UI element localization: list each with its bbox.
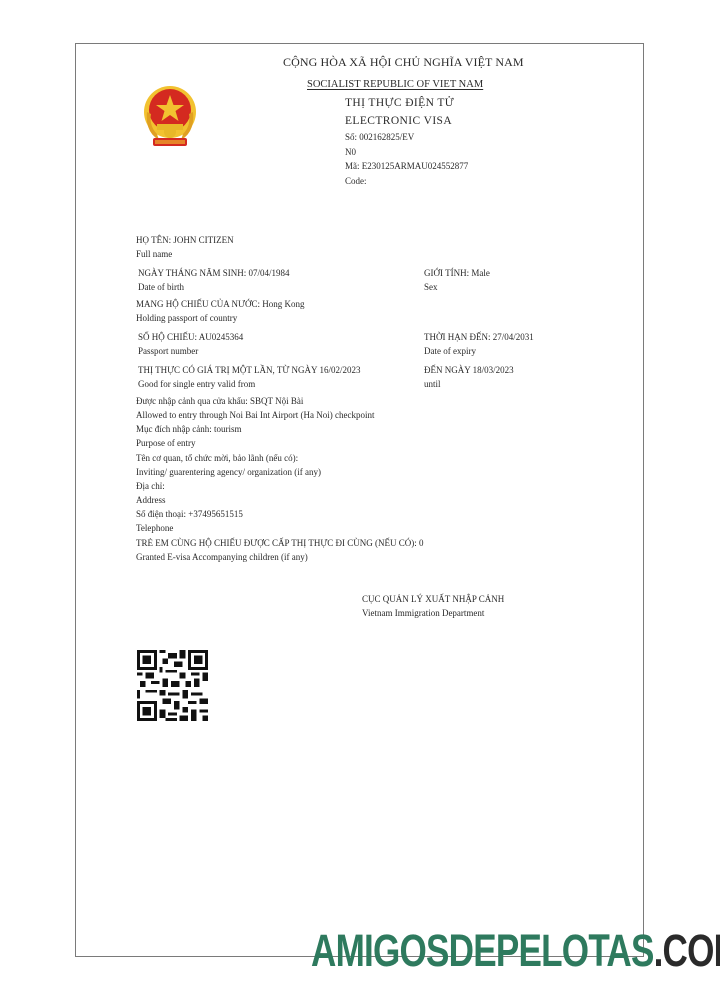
passport-country-label: Holding passport of country [136,313,237,324]
purpose-value: Mục đích nhập cảnh: tourism [136,424,241,435]
checkpoint-label: Allowed to entry through Noi Bai Int Air… [136,410,374,421]
full-name-label: Full name [136,249,172,260]
passport-number-value: SỐ HỘ CHIẾU: AU0245364 [138,332,243,343]
date-of-birth-value: NGÀY THÁNG NĂM SINH: 07/04/1984 [138,268,290,279]
date-of-birth-label: Date of birth [138,282,184,293]
sex-value: GIỚI TÍNH: Male [424,268,490,279]
agency-label: Inviting/ guarentering agency/ organizat… [136,467,321,478]
watermark-main-text: AMIGOSDEPELOTAS [311,925,654,976]
issuer-name-vn: CỤC QUẢN LÝ XUẤT NHẬP CẢNH [362,594,504,605]
visa-code: Mã: E230125ARMAU024552877 [345,161,468,172]
passport-country-value: MANG HỘ CHIẾU CỦA NƯỚC: Hong Kong [136,299,305,310]
telephone-value: Số điện thoại: +37495651515 [136,509,243,520]
country-name-vn: CỘNG HÒA XÃ HỘI CHỦ NGHĨA VIỆT NAM [283,57,524,68]
children-label: Granted E-visa Accompanying children (if… [136,552,308,563]
passport-expiry-value: THỜI HẠN ĐẾN: 27/04/2031 [424,332,534,343]
visa-code-label-en: Code: [345,176,367,187]
valid-until-label: until [424,379,441,390]
address-label: Address [136,495,166,506]
valid-from-value: THỊ THỰC CÓ GIÁ TRỊ MỘT LẦN, TỪ NGÀY 16/… [138,365,360,376]
full-name-value: HỌ TÊN: JOHN CITIZEN [136,235,234,246]
national-emblem-icon [137,82,203,152]
visa-number-label-en: N0 [345,147,356,158]
children-value: TRẺ EM CÙNG HỘ CHIẾU ĐƯỢC CẤP THỊ THỰC Đ… [136,538,424,549]
visa-number: Số: 002162825/EV [345,132,414,143]
telephone-label: Telephone [136,523,173,534]
passport-number-label: Passport number [138,346,198,357]
agency-value: Tên cơ quan, tổ chức mời, bảo lãnh (nếu … [136,453,298,464]
qr-code-icon [136,650,209,721]
website-watermark: AMIGOSDEPELOTAS.COM [311,923,720,978]
passport-expiry-label: Date of expiry [424,346,476,357]
address-value: Địa chỉ: [136,481,165,492]
visa-title-vn: THỊ THỰC ĐIỆN TỬ [345,98,454,109]
issuer-name-en: Vietnam Immigration Department [362,608,484,619]
purpose-label: Purpose of entry [136,438,196,449]
checkpoint-value: Được nhập cảnh qua cửa khẩu: SBQT Nội Bà… [136,396,303,407]
visa-title-en: ELECTRONIC VISA [345,116,452,127]
valid-until-value: ĐẾN NGÀY 18/03/2023 [424,365,514,376]
valid-from-label: Good for single entry valid from [138,379,255,390]
watermark-domain-suffix: .COM [654,925,720,976]
sex-label: Sex [424,282,438,293]
country-name-en: SOCIALIST REPUBLIC OF VIET NAM [307,79,483,90]
